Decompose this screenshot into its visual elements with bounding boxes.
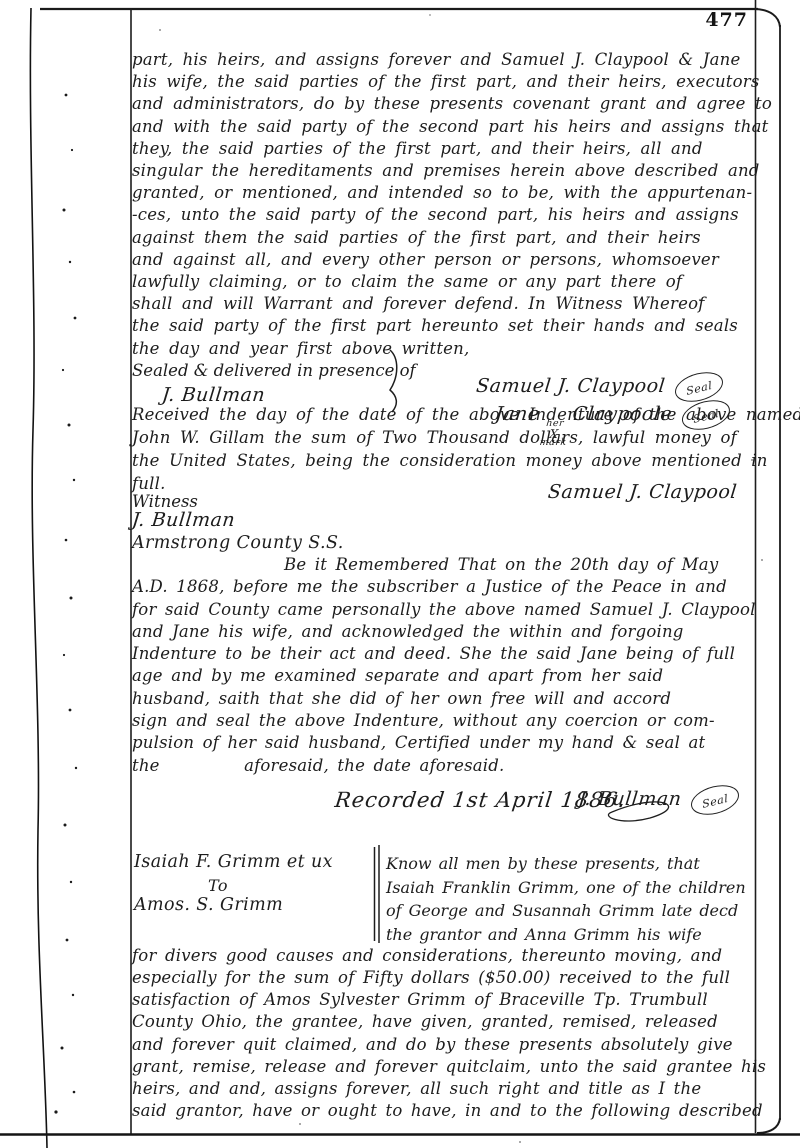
handwritten-line: the United States, being the considerati… bbox=[132, 449, 758, 472]
deed2-opening-text: Know all men by these presents, thatIsai… bbox=[386, 852, 756, 946]
torn-edge-line bbox=[30, 8, 47, 1148]
handwritten-line: age and by me examined separate and apar… bbox=[132, 665, 758, 687]
handwritten-line: County Ohio, the grantee, have given, gr… bbox=[132, 1011, 758, 1033]
witness-signature: J. Bullman bbox=[131, 509, 236, 531]
venue-caption: Armstrong County S.S. bbox=[132, 533, 344, 553]
handwritten-line: -ces, unto the said party of the second … bbox=[132, 204, 758, 226]
handwritten-line: and Jane his wife, and acknowledged the … bbox=[132, 621, 758, 643]
handwritten-line: lawfully claiming, or to claim the same … bbox=[132, 271, 758, 293]
handwritten-line: Indenture to be their act and deed. She … bbox=[132, 643, 758, 665]
gutter-specks bbox=[54, 94, 77, 1114]
handwritten-line: the grantor and Anna Grimm his wife bbox=[386, 923, 756, 947]
handwritten-line: of George and Susannah Grimm late decd bbox=[386, 899, 756, 923]
handwritten-line: for said County came personally the abov… bbox=[132, 599, 758, 621]
handwritten-line: said grantor, have or ought to have, in … bbox=[132, 1100, 758, 1122]
seal-label: Seal bbox=[702, 792, 730, 811]
receipt-signature: Samuel J. Claypool bbox=[547, 481, 738, 503]
deed2-party-grantor: Isaiah F. Grimm et ux bbox=[134, 852, 333, 872]
handwritten-line: Received the day of the date of the abov… bbox=[132, 403, 758, 426]
handwritten-line: Isaiah Franklin Grimm, one of the childr… bbox=[386, 876, 756, 900]
handwritten-line: shall and will Warrant and forever defen… bbox=[132, 293, 758, 315]
handwritten-line: granted, or mentioned, and intended so t… bbox=[132, 182, 758, 204]
scanned-deed-page: 477 part, his heirs, and assigns forever… bbox=[0, 0, 800, 1148]
handwritten-line: and against all, and every other person … bbox=[132, 249, 758, 271]
attestation-label: Sealed & delivered in presence of bbox=[132, 361, 416, 380]
handwritten-line: and forever quit claimed, and do by thes… bbox=[132, 1034, 758, 1056]
page-number: 477 bbox=[700, 9, 748, 31]
handwritten-line: especially for the sum of Fifty dollars … bbox=[132, 967, 758, 989]
handwritten-line: heirs, and and, assigns forever, all suc… bbox=[132, 1078, 758, 1100]
handwritten-line: husband, saith that she did of her own f… bbox=[132, 688, 758, 710]
deed1-body-text: part, his heirs, and assigns forever and… bbox=[132, 49, 758, 360]
deed2-party-connector: To bbox=[208, 876, 228, 895]
deed2-body-text: for divers good causes and consideration… bbox=[132, 945, 758, 1122]
deed2-party-grantee: Amos. S. Grimm bbox=[134, 895, 283, 915]
handwritten-line: against them the said parties of the fir… bbox=[132, 227, 758, 249]
handwritten-line: his wife, the said parties of the first … bbox=[132, 71, 758, 93]
acknowledgment-text: Be it Remembered That on the 20th day of… bbox=[132, 554, 758, 777]
handwritten-line: and administrators, do by these presents… bbox=[132, 93, 758, 115]
seal-stamp: Seal bbox=[689, 781, 741, 820]
recorded-note: Recorded 1st April 1886. bbox=[334, 788, 628, 812]
handwritten-line: for divers good causes and consideration… bbox=[132, 945, 758, 967]
handwritten-line: the said party of the first part hereunt… bbox=[132, 315, 758, 337]
handwritten-line: Be it Remembered That on the 20th day of… bbox=[132, 554, 758, 576]
handwritten-line: part, his heirs, and assigns forever and… bbox=[132, 49, 758, 71]
handwritten-line: satisfaction of Amos Sylvester Grimm of … bbox=[132, 989, 758, 1011]
handwritten-line: grant, remise, release and forever quitc… bbox=[132, 1056, 758, 1078]
handwritten-line: singular the hereditaments and premises … bbox=[132, 160, 758, 182]
handwritten-line: pulsion of her said husband, Certified u… bbox=[132, 732, 758, 754]
handwritten-line: sign and seal the above Indenture, witho… bbox=[132, 710, 758, 732]
handwritten-line: A.D. 1868, before me the subscriber a Ju… bbox=[132, 576, 758, 598]
handwritten-line: Know all men by these presents, that bbox=[386, 852, 756, 876]
handwritten-line: and with the said party of the second pa… bbox=[132, 116, 758, 138]
handwritten-line: they, the said parties of the first part… bbox=[132, 138, 758, 160]
handwritten-line: John W. Gillam the sum of Two Thousand d… bbox=[132, 426, 758, 449]
